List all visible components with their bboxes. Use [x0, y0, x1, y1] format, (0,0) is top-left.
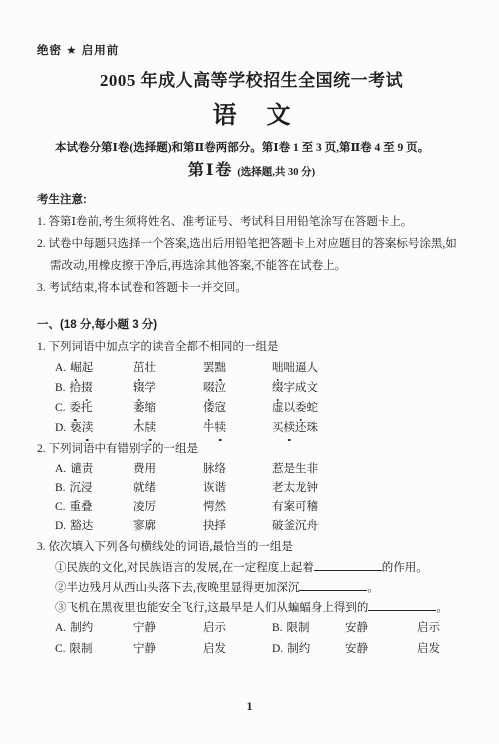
char: 托	[81, 402, 93, 414]
option-word: 脉络	[203, 463, 226, 475]
char: 虚	[272, 402, 284, 414]
subject-char-1: 语	[213, 101, 237, 131]
option-cell: D.豁达	[55, 517, 133, 536]
fill-sentence-tail: 。	[436, 602, 448, 614]
char: 静	[145, 643, 157, 655]
char: 浸	[81, 482, 93, 494]
char: 安	[345, 622, 357, 634]
question-3-options: A.制约宁静启示B.限制安静启示C.限制宁静启发D.制约安静启发	[37, 618, 466, 660]
char: 案	[284, 501, 296, 513]
option-cell: 就绪	[133, 479, 203, 498]
char: 钟	[307, 482, 319, 494]
emphasis-dot-char: 茁	[133, 358, 145, 378]
option-cell: B.限制	[272, 618, 345, 639]
option-word: 重叠	[70, 501, 93, 513]
section-subtitle: (选择题,共 30 分)	[237, 167, 315, 178]
option-cell: 茁壮	[133, 358, 203, 378]
option-label: A.	[55, 463, 66, 475]
option-word: 安静	[345, 643, 368, 655]
char: 老	[272, 482, 284, 494]
option-word: 凌厉	[133, 501, 156, 513]
fill-sentence-tail: 。	[367, 582, 379, 594]
option-cell: 安静	[345, 618, 417, 639]
option-word: 限制	[70, 643, 93, 655]
emphasis-dot-char: 黜	[215, 358, 227, 378]
char: 泣	[215, 382, 227, 394]
option-word: 制约	[70, 622, 93, 634]
char: 抉	[203, 520, 215, 532]
char: 起	[82, 362, 94, 374]
char: 示	[215, 622, 227, 634]
option-label: D.	[55, 422, 66, 434]
char: 达	[82, 520, 94, 532]
emphasis-dot-char: 犊	[215, 418, 227, 438]
option-word: 就绪	[133, 482, 156, 494]
option-word: 启示	[203, 622, 226, 634]
option-label: C.	[55, 501, 66, 513]
char: 是	[284, 463, 296, 475]
emphasis-dot-char: 委	[70, 398, 82, 418]
option-word: 限制	[287, 622, 310, 634]
emphasis-dot-char: 啜	[203, 378, 215, 398]
section-title: 第Ⅰ卷	[188, 162, 234, 179]
emphasis-dot-char: 掇	[81, 378, 93, 398]
fill-sentence-text: ③飞机在黑夜里也能安全飞行,这最早是人们从蝙蝠身上得到的	[55, 602, 368, 614]
option-word: 宁静	[133, 622, 156, 634]
option-word: 愕然	[203, 501, 226, 513]
option-cell: D.制约	[272, 639, 345, 660]
option-cell: 啜泣	[203, 378, 272, 398]
char: 责	[82, 463, 94, 475]
char: 廓	[145, 520, 157, 532]
option-word: 罢黜	[203, 362, 226, 374]
option-cell: 脉络	[203, 460, 272, 479]
char: 珠	[307, 422, 319, 434]
option-word: 制约	[287, 643, 310, 655]
char: 沉	[70, 482, 82, 494]
option-word: 豁达	[70, 520, 93, 532]
option-word: 牛犊	[203, 422, 226, 434]
question-3-stem: 3. 依次填入下列各句横线处的词语,最恰当的一组是	[37, 536, 466, 558]
option-word: 谴责	[70, 463, 93, 475]
option-word: 萎缩	[133, 402, 156, 414]
char: 文	[307, 382, 319, 394]
char: 还	[295, 422, 307, 434]
emphasis-dot-char: 牍	[145, 418, 157, 438]
char: 宁	[133, 643, 145, 655]
option-row: C.委托萎缩倭寇虚以委蛇	[55, 398, 466, 418]
option-row: C.重叠凌厉愕然有案可稽	[55, 498, 466, 517]
char: 惹	[272, 463, 284, 475]
option-cell: 启发	[203, 639, 272, 660]
emphasis-dot-char: 萎	[133, 398, 145, 418]
notice-item: 2. 试卷中每题只选择一个答案,选出后用铅笔把答题卡上对应题目的答案标号涂黑,如…	[37, 233, 466, 277]
option-cell: 罢黜	[203, 358, 272, 378]
option-cell: 启示	[417, 618, 440, 639]
question-3: 3. 依次填入下列各句横线处的词语,最恰当的一组是 ①民族的文化,对民族语言的发…	[37, 536, 466, 660]
char: 发	[215, 643, 227, 655]
option-word: 崛起	[70, 362, 93, 374]
char: 安	[345, 643, 357, 655]
option-word: 寥廓	[133, 520, 156, 532]
question-1-options: A.崛起茁壮罢黜咄咄逼人B.拾掇辍学啜泣缀字成文C.委托萎缩倭寇虚以委蛇D.亵渎…	[37, 358, 466, 438]
option-label: B.	[55, 482, 66, 494]
char: 逼	[295, 362, 307, 374]
option-cell: 安静	[345, 639, 417, 660]
page-number: 1	[0, 699, 499, 714]
option-row: B.拾掇辍学啜泣缀字成文	[55, 378, 466, 398]
option-word: 抉择	[203, 520, 226, 532]
fill-blank	[368, 600, 436, 611]
fill-sentence-tail: 的作用。	[382, 562, 428, 574]
char: 非	[307, 463, 319, 475]
option-cell: 萎缩	[133, 398, 203, 418]
char: 木	[133, 422, 145, 434]
option-word: 费用	[133, 463, 156, 475]
char: 愕	[203, 501, 215, 513]
option-word: 启发	[417, 643, 440, 655]
char: 稽	[307, 501, 319, 513]
question-3-fill-items: ①民族的文化,对民族语言的发展,在一定程度上起着的作用。②半边残月从西山头落下去…	[37, 558, 466, 618]
option-label: D.	[55, 520, 66, 532]
char: 静	[357, 643, 369, 655]
question-2-options: A.谴责费用脉络惹是生非B.沉浸就绪诙谐老太龙钟C.重叠凌厉愕然有案可稽D.豁达…	[37, 460, 466, 536]
char: 制	[287, 643, 299, 655]
char: 诙	[203, 482, 215, 494]
option-word: 沉浸	[70, 482, 93, 494]
char: 发	[429, 643, 441, 655]
option-word: 倭寇	[203, 402, 226, 414]
char: 谴	[70, 463, 82, 475]
option-row: A.崛起茁壮罢黜咄咄逼人	[55, 358, 466, 378]
option-cell: 惹是生非	[272, 460, 318, 479]
char: 制	[81, 643, 93, 655]
char: 启	[417, 643, 429, 655]
char: 龙	[295, 482, 307, 494]
option-row: D.亵渎木牍牛犊买椟还珠	[55, 418, 466, 438]
option-cell: C.委托	[55, 398, 133, 418]
char: 绪	[145, 482, 157, 494]
option-cell: 辍学	[133, 378, 203, 398]
char: 叠	[81, 501, 93, 513]
char: 豁	[70, 520, 82, 532]
option-word: 拾掇	[70, 382, 93, 394]
char: 拾	[70, 382, 82, 394]
option-cell: 宁静	[133, 639, 203, 660]
option-word: 启示	[417, 622, 440, 634]
option-cell: 缀字成文	[272, 378, 318, 398]
char: 亵	[70, 422, 82, 434]
char: 沉	[295, 520, 307, 532]
option-word: 委托	[70, 402, 93, 414]
char: 启	[417, 622, 429, 634]
fill-sentence-text: ②半边残月从西山头落下去,夜晚里显得更加深沉	[55, 582, 299, 594]
char: 凌	[133, 501, 145, 513]
option-cell: B.沉浸	[55, 479, 133, 498]
emphasis-dot-char: 辍	[133, 378, 145, 398]
option-word: 惹是生非	[272, 463, 318, 475]
char: 学	[145, 382, 157, 394]
char: 人	[307, 362, 319, 374]
paper-structure-note: 本试卷分第Ⅰ卷(选择题)和第Ⅱ卷两部分。第Ⅰ卷 1 至 3 页,第Ⅱ卷 4 至 …	[37, 139, 466, 157]
option-label: B.	[55, 382, 66, 394]
option-cell: B.拾掇	[55, 378, 133, 398]
option-word: 老太龙钟	[272, 482, 318, 494]
char: 然	[215, 501, 227, 513]
option-word: 亵渎	[70, 422, 93, 434]
char: 静	[357, 622, 369, 634]
option-row: B.沉浸就绪诙谐老太龙钟	[55, 479, 466, 498]
char: 咄	[284, 362, 296, 374]
char: 重	[70, 501, 82, 513]
option-row: A.制约宁静启示B.限制安静启示	[55, 618, 466, 639]
char: 买	[272, 422, 284, 434]
option-cell: 破釜沉舟	[272, 517, 318, 536]
fill-sentence: ③飞机在黑夜里也能安全飞行,这最早是人们从蝙蝠身上得到的。	[37, 598, 466, 618]
char: 谐	[215, 482, 227, 494]
question-1: 1. 下列词语中加点字的读音全都不相同的一组是 A.崛起茁壮罢黜咄咄逼人B.拾掇…	[37, 336, 466, 438]
option-row: A.谴责费用脉络惹是生非	[55, 460, 466, 479]
fill-blank	[299, 580, 367, 591]
char: 釜	[284, 520, 296, 532]
option-label: B.	[272, 622, 283, 634]
option-cell: 有案可稽	[272, 498, 318, 517]
option-label: A.	[55, 622, 66, 634]
candidate-notice-title: 考生注意:	[37, 192, 466, 208]
option-word: 啜泣	[203, 382, 226, 394]
emphasis-dot-char: 咄	[272, 358, 284, 378]
char: 生	[295, 463, 307, 475]
char: 牛	[203, 422, 215, 434]
char: 蛇	[307, 402, 319, 414]
char: 可	[295, 501, 307, 513]
option-word: 买椟还珠	[272, 422, 318, 434]
char: 就	[133, 482, 145, 494]
exam-paper-page: 绝密 ★ 启用前 2005 年成人高等学校招生全国统一考试 语 文 本试卷分第Ⅰ…	[0, 0, 499, 744]
option-word: 诙谐	[203, 482, 226, 494]
option-label: C.	[55, 402, 66, 414]
exam-title: 2005 年成人高等学校招生全国统一考试	[37, 70, 466, 92]
candidate-notice-list: 1. 答第Ⅰ卷前,考生须将姓名、准考证号、考试科目用铅笔涂写在答题卡上。2. 试…	[37, 211, 466, 299]
emphasis-dot-char: 倭	[203, 398, 215, 418]
question-1-stem: 1. 下列词语中加点字的读音全都不相同的一组是	[37, 336, 466, 358]
char: 成	[295, 382, 307, 394]
option-word: 缀字成文	[272, 382, 318, 394]
option-cell: 愕然	[203, 498, 272, 517]
option-row: D.豁达寥廓抉择破釜沉舟	[55, 517, 466, 536]
emphasis-dot-char: 崛	[70, 358, 82, 378]
option-cell: A.制约	[55, 618, 133, 639]
option-cell: D.亵渎	[55, 418, 133, 438]
char: 启	[203, 643, 215, 655]
option-label: D.	[272, 643, 283, 655]
char: 示	[429, 622, 441, 634]
part-one-heading: 一、(18 分,每小题 3 分)	[37, 314, 466, 336]
char: 以	[284, 402, 296, 414]
char: 约	[82, 622, 94, 634]
char: 罢	[203, 362, 215, 374]
option-word: 茁壮	[133, 362, 156, 374]
subject-char-2: 文	[267, 101, 291, 131]
section-heading: 第Ⅰ卷(选择题,共 30 分)	[37, 159, 466, 185]
option-cell: 老太龙钟	[272, 479, 318, 498]
question-2-stem: 2. 下列词语中有错别字的一组是	[37, 438, 466, 460]
char: 破	[272, 520, 284, 532]
option-cell: C.限制	[55, 639, 133, 660]
option-cell: 凌厉	[133, 498, 203, 517]
option-cell: 费用	[133, 460, 203, 479]
option-cell: 倭寇	[203, 398, 272, 418]
option-cell: A.谴责	[55, 460, 133, 479]
emphasis-dot-char: 椟	[284, 418, 296, 438]
emphasis-dot-char: 渎	[82, 418, 94, 438]
char: 费	[133, 463, 145, 475]
char: 脉	[203, 463, 215, 475]
option-cell: A.崛起	[55, 358, 133, 378]
classification-banner: 绝密 ★ 启用前	[37, 44, 466, 58]
char: 用	[145, 463, 157, 475]
char: 静	[145, 622, 157, 634]
char: 约	[299, 643, 311, 655]
option-row: C.限制宁静启发D.制约安静启发	[55, 639, 466, 660]
char: 择	[215, 520, 227, 532]
char: 寇	[215, 402, 227, 414]
fill-sentence-text: ①民族的文化,对民族语言的发展,在一定程度上起着	[55, 562, 314, 574]
fill-blank	[314, 560, 382, 571]
char: 舟	[307, 520, 319, 532]
char: 宁	[133, 622, 145, 634]
char: 缩	[145, 402, 157, 414]
char: 壮	[145, 362, 157, 374]
option-word: 启发	[203, 643, 226, 655]
char: 厉	[145, 501, 157, 513]
option-word: 木牍	[133, 422, 156, 434]
notice-item: 3. 考试结束,将本试卷和答题卡一并交回。	[37, 277, 466, 299]
option-cell: 启发	[417, 639, 440, 660]
char: 络	[215, 463, 227, 475]
char: 制	[70, 622, 82, 634]
char: 启	[203, 622, 215, 634]
emphasis-dot-char: 委	[295, 398, 307, 418]
option-word: 有案可稽	[272, 501, 318, 513]
option-word: 安静	[345, 622, 368, 634]
option-label: A.	[55, 362, 66, 374]
option-cell: 木牍	[133, 418, 203, 438]
subject-title: 语 文	[37, 101, 466, 131]
char: 有	[272, 501, 284, 513]
option-cell: 诙谐	[203, 479, 272, 498]
char: 限	[70, 643, 82, 655]
emphasis-dot-char: 缀	[272, 378, 284, 398]
option-word: 咄咄逼人	[272, 362, 318, 374]
fill-sentence: ①民族的文化,对民族语言的发展,在一定程度上起着的作用。	[37, 558, 466, 578]
option-cell: 抉择	[203, 517, 272, 536]
option-cell: 买椟还珠	[272, 418, 318, 438]
option-cell: 启示	[203, 618, 272, 639]
option-word: 宁静	[133, 643, 156, 655]
option-word: 破釜沉舟	[272, 520, 318, 532]
option-word: 辍学	[133, 382, 156, 394]
option-word: 虚以委蛇	[272, 402, 318, 414]
option-cell: 寥廓	[133, 517, 203, 536]
char: 寥	[133, 520, 145, 532]
char: 制	[298, 622, 310, 634]
fill-sentence: ②半边残月从西山头落下去,夜晚里显得更加深沉。	[37, 578, 466, 598]
char: 太	[284, 482, 296, 494]
option-cell: 宁静	[133, 618, 203, 639]
option-cell: C.重叠	[55, 498, 133, 517]
option-cell: 咄咄逼人	[272, 358, 318, 378]
char: 字	[284, 382, 296, 394]
option-cell: 牛犊	[203, 418, 272, 438]
option-cell: 虚以委蛇	[272, 398, 318, 418]
char: 限	[287, 622, 299, 634]
question-2: 2. 下列词语中有错别字的一组是 A.谴责费用脉络惹是生非B.沉浸就绪诙谐老太龙…	[37, 438, 466, 536]
option-label: C.	[55, 643, 66, 655]
notice-item: 1. 答第Ⅰ卷前,考生须将姓名、准考证号、考试科目用铅笔涂写在答题卡上。	[37, 211, 466, 233]
